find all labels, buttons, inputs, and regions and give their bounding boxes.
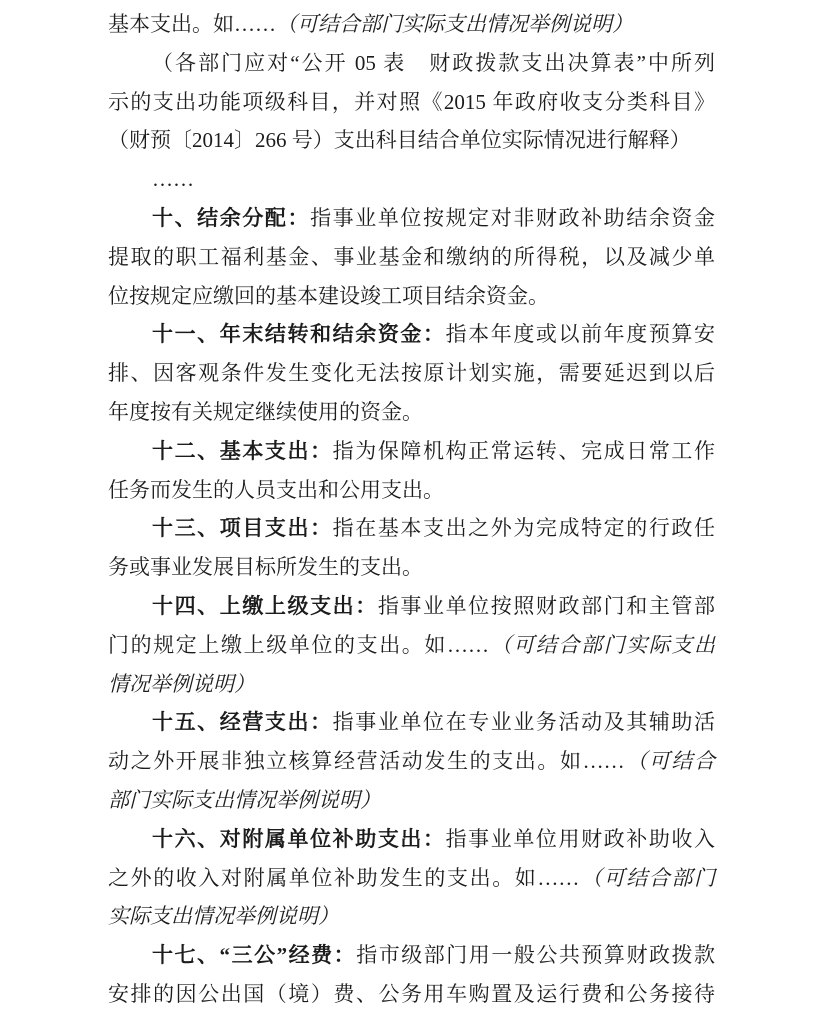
text-line: 安排的因公出国（境）费、公务用车购置及运行费和公务接待 bbox=[108, 975, 715, 1014]
text-line: （财预〔2014〕266 号）支出科目结合单位实际情况进行解释） bbox=[108, 121, 715, 160]
body-text: 排、因客观条件发生变化无法按原计划实施，需要延迟到以后 bbox=[108, 361, 715, 385]
body-text: （财预〔2014〕266 号）支出科目结合单位实际情况进行解释） bbox=[108, 128, 691, 152]
body-text: 之外的收入对附属单位补助发生的支出。如…… bbox=[108, 866, 579, 890]
body-text: 任务而发生的人员支出和公用支出。 bbox=[108, 478, 444, 502]
body-text: 位按规定应缴回的基本建设竣工项目结余资金。 bbox=[108, 284, 549, 308]
term-heading: 十六、对附属单位补助支出： bbox=[152, 827, 446, 851]
body-text: 指本年度或以前年度预算安 bbox=[446, 322, 715, 346]
body-text: 年度按有关规定继续使用的资金。 bbox=[108, 400, 423, 424]
text-line: 任务而发生的人员支出和公用支出。 bbox=[108, 471, 715, 510]
text-line: 部门实际支出情况举例说明） bbox=[108, 781, 715, 820]
text-line: 十四、上缴上级支出：指事业单位按照财政部门和主管部 bbox=[108, 587, 715, 626]
body-text: 指市级部门用一般公共预算财政拨款 bbox=[356, 943, 715, 967]
body-text: 提取的职工福利基金、事业基金和缴纳的所得税，以及减少单 bbox=[108, 245, 715, 269]
text-line: 十七、“三公”经费：指市级部门用一般公共预算财政拨款 bbox=[108, 936, 715, 975]
body-text: 指事业单位用财政补助收入 bbox=[446, 827, 715, 851]
example-note: 实际支出情况举例说明） bbox=[108, 904, 339, 928]
term-heading: 十二、基本支出： bbox=[152, 439, 333, 463]
text-line: 十、结余分配：指事业单位按规定对非财政补助结余资金 bbox=[108, 199, 715, 238]
example-note: 部门实际支出情况举例说明） bbox=[108, 788, 381, 812]
text-line: 情况举例说明） bbox=[108, 665, 715, 704]
term-heading: 十五、经营支出： bbox=[152, 710, 333, 734]
text-line: 之外的收入对附属单位补助发生的支出。如……（可结合部门 bbox=[108, 859, 715, 898]
text-line: 十一、年末结转和结余资金：指本年度或以前年度预算安 bbox=[108, 315, 715, 354]
body-text: 门的规定上缴上级单位的支出。如…… bbox=[108, 633, 489, 657]
body-text: 基本支出。如…… bbox=[108, 12, 276, 36]
document-text: 基本支出。如……（可结合部门实际支出情况举例说明）（各部门应对“公开 05 表 … bbox=[0, 0, 825, 1014]
document-page: 基本支出。如……（可结合部门实际支出情况举例说明）（各部门应对“公开 05 表 … bbox=[0, 0, 825, 1016]
body-text: 务或事业发展目标所发生的支出。 bbox=[108, 555, 423, 579]
text-line: 实际支出情况举例说明） bbox=[108, 897, 715, 936]
example-note: 情况举例说明） bbox=[108, 672, 255, 696]
body-text: 动之外开展非独立核算经营活动发生的支出。如…… bbox=[108, 749, 625, 773]
example-note: （可结合部门实际支出 bbox=[489, 633, 715, 657]
term-heading: 十四、上缴上级支出： bbox=[152, 594, 378, 618]
example-note: （可结合 bbox=[625, 749, 715, 773]
example-note: （可结合部门实际支出情况举例说明） bbox=[276, 12, 633, 36]
text-line: （各部门应对“公开 05 表 财政拨款支出决算表”中所列 bbox=[108, 44, 715, 83]
body-text: 指事业单位按照财政部门和主管部 bbox=[378, 594, 715, 618]
text-line: 排、因客观条件发生变化无法按原计划实施，需要延迟到以后 bbox=[108, 354, 715, 393]
body-text: 指事业单位按规定对非财政补助结余资金 bbox=[310, 206, 715, 230]
body-text: 指在基本支出之外为完成特定的行政任 bbox=[333, 516, 715, 540]
text-line: 动之外开展非独立核算经营活动发生的支出。如……（可结合 bbox=[108, 742, 715, 781]
text-line: …… bbox=[108, 160, 715, 199]
text-line: 示的支出功能项级科目，并对照《2015 年政府收支分类科目》 bbox=[108, 83, 715, 122]
text-line: 提取的职工福利基金、事业基金和缴纳的所得税，以及减少单 bbox=[108, 238, 715, 277]
term-heading: 十一、年末结转和结余资金： bbox=[152, 322, 446, 346]
text-line: 门的规定上缴上级单位的支出。如……（可结合部门实际支出 bbox=[108, 626, 715, 665]
body-text: 指为保障机构正常运转、完成日常工作 bbox=[333, 439, 715, 463]
text-line: 基本支出。如……（可结合部门实际支出情况举例说明） bbox=[108, 5, 715, 44]
text-line: 位按规定应缴回的基本建设竣工项目结余资金。 bbox=[108, 277, 715, 316]
body-text: 示的支出功能项级科目，并对照《2015 年政府收支分类科目》 bbox=[108, 90, 715, 114]
text-line: 十六、对附属单位补助支出：指事业单位用财政补助收入 bbox=[108, 820, 715, 859]
example-note: （可结合部门 bbox=[579, 866, 715, 890]
term-heading: 十、结余分配： bbox=[152, 206, 310, 230]
text-line: 十五、经营支出：指事业单位在专业业务活动及其辅助活 bbox=[108, 703, 715, 742]
term-heading: 十三、项目支出： bbox=[152, 516, 333, 540]
text-line: 十二、基本支出：指为保障机构正常运转、完成日常工作 bbox=[108, 432, 715, 471]
text-line: 年度按有关规定继续使用的资金。 bbox=[108, 393, 715, 432]
body-text: …… bbox=[152, 167, 194, 191]
text-line: 务或事业发展目标所发生的支出。 bbox=[108, 548, 715, 587]
term-heading: 十七、“三公”经费： bbox=[152, 943, 356, 967]
text-line: 十三、项目支出：指在基本支出之外为完成特定的行政任 bbox=[108, 509, 715, 548]
body-text: 安排的因公出国（境）费、公务用车购置及运行费和公务接待 bbox=[108, 982, 715, 1006]
body-text: （各部门应对“公开 05 表 财政拨款支出决算表”中所列 bbox=[152, 51, 715, 75]
body-text: 指事业单位在专业业务活动及其辅助活 bbox=[333, 710, 715, 734]
